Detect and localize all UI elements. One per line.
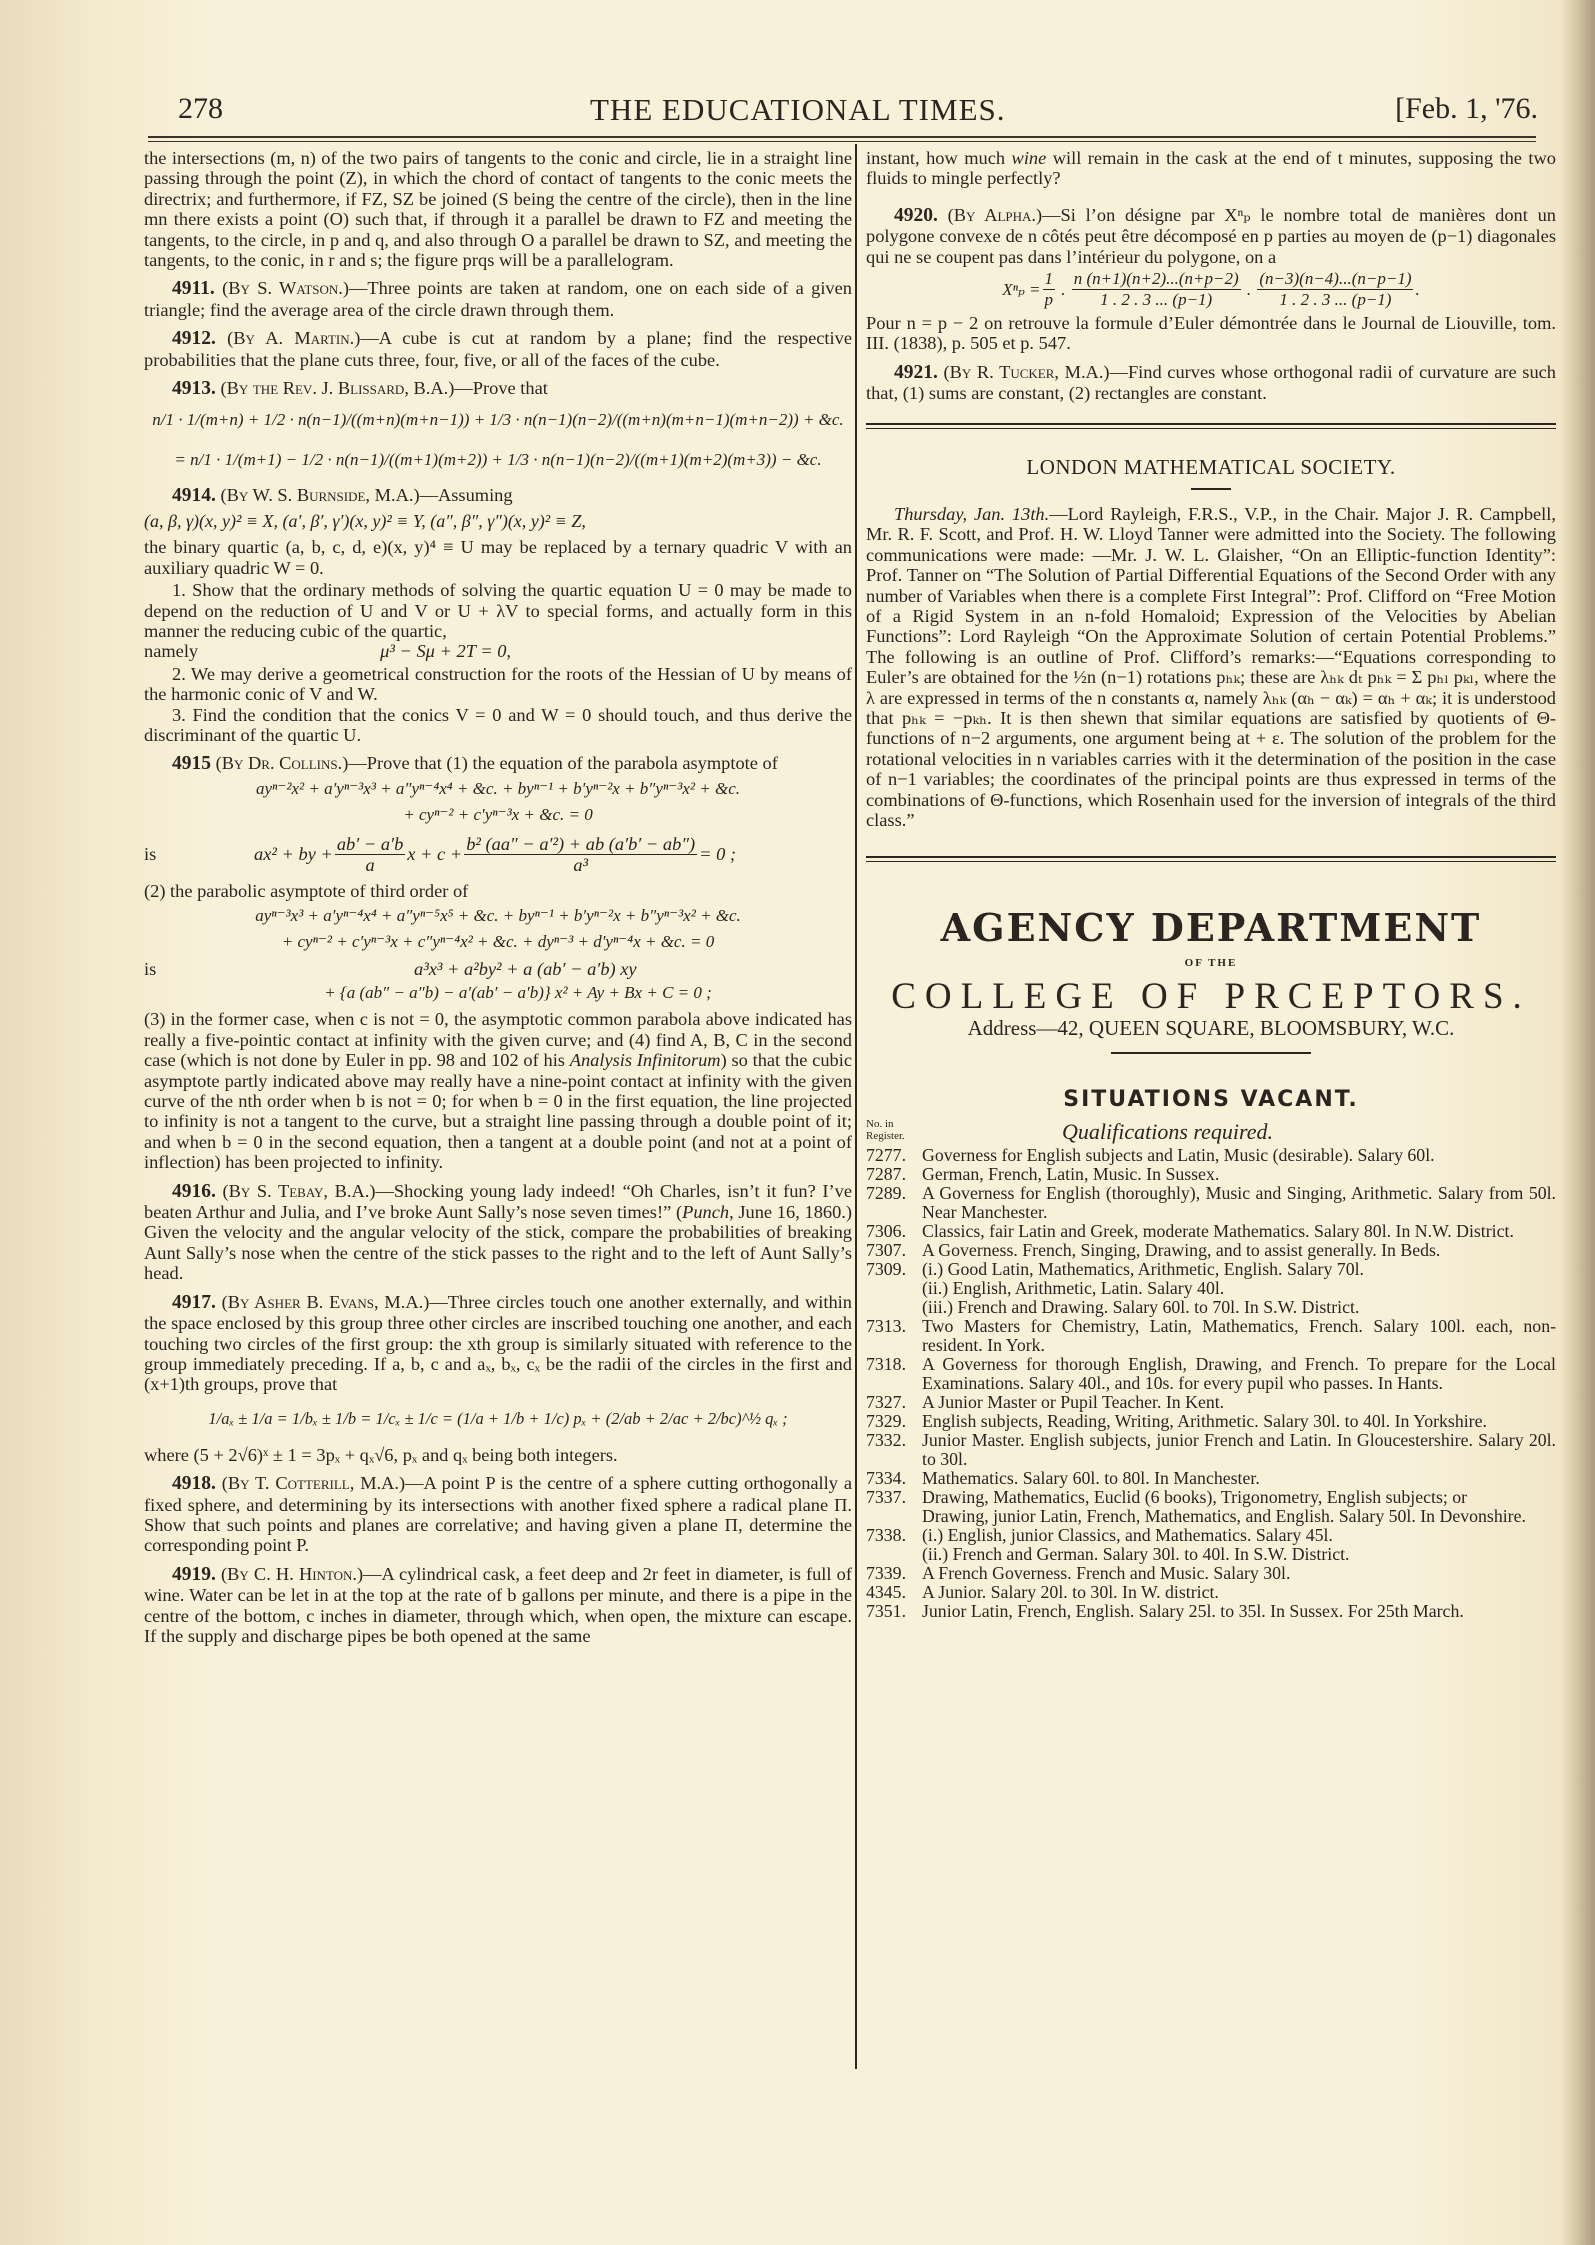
situation-entry: 7339.A French Governess. French and Musi… (866, 1564, 1556, 1583)
problem-author: (By A. Martin.) (227, 328, 360, 348)
situation-entry: 7306.Classics, fair Latin and Greek, mod… (866, 1222, 1556, 1241)
is-label: is (144, 959, 254, 979)
problem-number: 4919. (172, 1564, 216, 1585)
problem-author: (By Alpha.) (948, 205, 1042, 225)
qualifications-text: German, French, Latin, Music. In Sussex. (922, 1165, 1556, 1184)
equation-4913-line2: = n/1 · 1/(m+1) − 1/2 · n(n−1)/((m+1)(m+… (144, 443, 852, 477)
situation-entry: 7307.A Governess. French, Singing, Drawi… (866, 1241, 1556, 1260)
problem-4916: 4916. (By S. Tebay, B.A.)—Shocking young… (144, 1181, 852, 1284)
situation-entry: 7313.Two Masters for Chemistry, Latin, M… (866, 1317, 1556, 1355)
problem-4917: 4917. (By Asher B. Evans, M.A.)—Three ci… (144, 1292, 852, 1395)
register-number: 7337. (866, 1488, 922, 1526)
qualifications-text: (i.) English, junior Classics, and Mathe… (922, 1526, 1556, 1564)
qualification-line: Junior Latin, French, English. Salary 25… (922, 1602, 1556, 1621)
equation-4917-where: where (5 + 2√6)ˣ ± 1 = 3pₓ + qₓ√6, pₓ an… (144, 1445, 852, 1465)
qualification-line: (ii.) French and German. Salary 30l. to … (922, 1545, 1556, 1564)
register-number: 7327. (866, 1393, 922, 1412)
lms-title: LONDON MATHEMATICAL SOCIETY. (866, 457, 1556, 477)
register-number: 7306. (866, 1222, 922, 1241)
problem-author: (By Asher B. Evans, M.A.) (222, 1292, 430, 1312)
eq-lhs: Xⁿₚ = (1002, 280, 1040, 300)
publication-title: Punch (682, 1202, 729, 1222)
agency-address: Address—42, QUEEN SQUARE, BLOOMSBURY, W.… (866, 1018, 1556, 1038)
problem-author: (By S. Watson.) (222, 278, 349, 298)
problem-4914-item3: 3. Find the condition that the conics V … (144, 705, 852, 746)
problem-text: —Prove that (454, 378, 547, 398)
equation-4915-3a: ayⁿ⁻³x³ + a′yⁿ⁻⁴x⁴ + a″yⁿ⁻⁵x⁵ + &c. + by… (144, 906, 852, 926)
equation-4915-2-row: is ax² + by + ab′ − a′ba x + c + b² (aa″… (144, 832, 852, 878)
problem-4913: 4913. (By the Rev. J. Blissard, B.A.)—Pr… (144, 378, 852, 399)
newspaper-page: 278 THE EDUCATIONAL TIMES. [Feb. 1, '76.… (0, 0, 1595, 2245)
section-double-rule (866, 856, 1556, 862)
page-number: 278 (178, 92, 223, 126)
qualification-line: A Junior Master or Pupil Teacher. In Ken… (922, 1393, 1556, 1412)
problem-author: (By Dr. Collins.) (216, 753, 349, 773)
situation-entry: 7329.English subjects, Reading, Writing,… (866, 1412, 1556, 1431)
qualifications-text: Two Masters for Chemistry, Latin, Mathem… (922, 1317, 1556, 1355)
fraction-numerator: 1 (1043, 269, 1056, 290)
fraction-denominator: 1 . 2 . 3 ... (p−1) (1257, 290, 1413, 310)
register-number: 7318. (866, 1355, 922, 1393)
fraction: ab′ − a′ba (335, 834, 405, 876)
book-title: Analysis Infinitorum (570, 1050, 721, 1070)
equation-4915-2: ax² + by + ab′ − a′ba x + c + b² (aa″ − … (254, 834, 736, 876)
situation-entry: 7309.(i.) Good Latin, Mathematics, Arith… (866, 1260, 1556, 1317)
problem-4920-after: Pour n = p − 2 on retrouve la formule d’… (866, 313, 1556, 354)
short-rule (1111, 1052, 1311, 1054)
is-label: is (144, 844, 254, 864)
qualification-line: Junior Master. English subjects, junior … (922, 1431, 1556, 1469)
emphasis-text: wine (1012, 148, 1047, 168)
college-title: COLLEGE OF PRCEPTORS. (866, 987, 1556, 1007)
masthead-title: THE EDUCATIONAL TIMES. (590, 92, 1006, 128)
eq-term: = 0 ; (699, 844, 736, 864)
problem-4914-item1: 1. Show that the ordinary methods of sol… (144, 580, 852, 641)
register-number: 7351. (866, 1602, 922, 1621)
qualification-line: Classics, fair Latin and Greek, moderate… (922, 1222, 1556, 1241)
problem-number: 4913. (172, 378, 216, 399)
qualification-line: Drawing, junior Latin, French, Mathemati… (922, 1507, 1556, 1526)
register-number: 4345. (866, 1583, 922, 1602)
situation-entry: 7351.Junior Latin, French, English. Sala… (866, 1602, 1556, 1621)
situation-entry: 7332.Junior Master. English subjects, ju… (866, 1431, 1556, 1469)
agency-department-title: AGENCY DEPARTMENT (866, 918, 1556, 938)
equation-4915-1a: ayⁿ⁻²x² + a′yⁿ⁻³x³ + a″yⁿ⁻⁴x⁴ + &c. + by… (144, 779, 852, 799)
problem-number: 4914. (172, 485, 216, 506)
problem-author: (By T. Cotterill, M.A.) (222, 1473, 405, 1493)
meeting-report-text: —Lord Rayleigh, F.R.S., V.P., in the Cha… (866, 504, 1556, 830)
fraction-numerator: b² (aa″ − a′²) + ab (a′b′ − ab″) (464, 834, 697, 855)
problem-author: (By S. Tebay, B.A.) (223, 1181, 376, 1201)
situation-entry: 7318.A Governess for thorough English, D… (866, 1355, 1556, 1393)
problem-4912: 4912. (By A. Martin.)—A cube is cut at r… (144, 328, 852, 370)
register-number: 7338. (866, 1526, 922, 1564)
problem-4915-part3: (3) in the former case, when c is not = … (144, 1009, 852, 1172)
situation-entry: 7338.(i.) English, junior Classics, and … (866, 1526, 1556, 1564)
left-column: the intersections (m, n) of the two pair… (144, 148, 852, 1654)
short-rule (1191, 488, 1231, 490)
page-header: 278 THE EDUCATIONAL TIMES. [Feb. 1, '76. (178, 88, 1538, 138)
of-the-label: OF THE (866, 953, 1556, 973)
fraction-denominator: a (335, 855, 405, 875)
equation-4917: 1/aₓ ± 1/a = 1/bₓ ± 1/b = 1/cₓ ± 1/c = (… (144, 1399, 852, 1439)
register-column-label: No. in Register. (866, 1118, 926, 1142)
problem-number: 4920. (894, 205, 938, 226)
equation-4913-line1: n/1 · 1/(m+n) + 1/2 · n(n−1)/((m+n)(m+n−… (144, 403, 852, 437)
continuation-paragraph: the intersections (m, n) of the two pair… (144, 148, 852, 270)
dot: . (1243, 280, 1256, 300)
register-number: 7289. (866, 1184, 922, 1222)
problem-author: (By R. Tucker, M.A.) (944, 362, 1110, 382)
equation-4915-4b: + {a (ab″ − a″b) − a′(ab′ − a′b)} x² + A… (144, 983, 852, 1003)
meeting-date: Thursday, Jan. 13th. (894, 504, 1049, 524)
problem-4915: 4915 (By Dr. Collins.)—Prove that (1) th… (144, 753, 852, 774)
equation-4915-3b: + cyⁿ⁻² + c′yⁿ⁻³x + c″yⁿ⁻⁴x² + &c. + dyⁿ… (144, 932, 852, 952)
register-number: 7334. (866, 1469, 922, 1488)
header-rule (148, 136, 1536, 142)
qualifications-text: English subjects, Reading, Writing, Arit… (922, 1412, 1556, 1431)
qualification-line: English subjects, Reading, Writing, Arit… (922, 1412, 1556, 1431)
issue-date: [Feb. 1, '76. (1395, 92, 1538, 126)
register-number: 7287. (866, 1165, 922, 1184)
namely-label: namely (144, 641, 198, 661)
qualification-line: Two Masters for Chemistry, Latin, Mathem… (922, 1317, 1556, 1355)
dot: . (1415, 280, 1419, 300)
fraction-denominator: 1 . 2 . 3 ... (p−1) (1072, 290, 1241, 310)
fraction: 1p (1043, 269, 1056, 311)
continuation-text: instant, how much (866, 148, 1012, 168)
problem-number: 4917. (172, 1292, 216, 1313)
section-double-rule (866, 423, 1556, 429)
situation-entry: 7334.Mathematics. Salary 60l. to 80l. In… (866, 1469, 1556, 1488)
qualification-line: Governess for English subjects and Latin… (922, 1146, 1556, 1165)
problem-4914-namely-row: namely μ³ − Sμ + 2T = 0, (144, 641, 852, 661)
qualification-line: A Governess for English (thoroughly), Mu… (922, 1184, 1556, 1222)
fraction: (n−3)(n−4)...(n−p−1)1 . 2 . 3 ... (p−1) (1257, 269, 1413, 311)
problem-number: 4911. (172, 278, 215, 299)
qualification-line: (iii.) French and Drawing. Salary 60l. t… (922, 1298, 1556, 1317)
qualifications-text: A Junior Master or Pupil Teacher. In Ken… (922, 1393, 1556, 1412)
situation-entry: 4345.A Junior. Salary 20l. to 30l. In W.… (866, 1583, 1556, 1602)
problem-4914-body: the binary quartic (a, b, c, d, e)(x, y)… (144, 537, 852, 578)
qualification-line: A Governess. French, Singing, Drawing, a… (922, 1241, 1556, 1260)
qualifications-text: A French Governess. French and Music. Sa… (922, 1564, 1556, 1583)
fraction-denominator: p (1043, 290, 1056, 310)
qualifications-text: Mathematics. Salary 60l. to 80l. In Manc… (922, 1469, 1556, 1488)
qualifications-text: Classics, fair Latin and Greek, moderate… (922, 1222, 1556, 1241)
qualifications-text: Junior Latin, French, English. Salary 25… (922, 1602, 1556, 1621)
qualifications-text: A Junior. Salary 20l. to 30l. In W. dist… (922, 1583, 1556, 1602)
qualification-line: Mathematics. Salary 60l. to 80l. In Manc… (922, 1469, 1556, 1488)
equation-4915-4-row: is a³x³ + a²by² + a (ab′ − a′b) xy (144, 959, 852, 979)
situation-entry: 7289.A Governess for English (thoroughly… (866, 1184, 1556, 1222)
problem-author: (By W. S. Burnside, M.A.) (220, 485, 419, 505)
qualification-line: A French Governess. French and Music. Sa… (922, 1564, 1556, 1583)
equation-4914-assumption: (a, β, γ)(x, y)² ≡ X, (a′, β′, γ′)(x, y)… (144, 511, 852, 531)
register-number: 7313. (866, 1317, 922, 1355)
problem-4920: 4920. (By Alpha.)—Si l’on désigne par Xⁿ… (866, 205, 1556, 267)
problem-4911: 4911. (By S. Watson.)—Three points are t… (144, 278, 852, 320)
qualifications-text: (i.) Good Latin, Mathematics, Arithmetic… (922, 1260, 1556, 1317)
qualifications-text: A Governess for English (thoroughly), Mu… (922, 1184, 1556, 1222)
qualifications-text: A Governess for thorough English, Drawin… (922, 1355, 1556, 1393)
problem-number: 4915 (172, 753, 211, 774)
situation-entry: 7327.A Junior Master or Pupil Teacher. I… (866, 1393, 1556, 1412)
dot: . (1057, 280, 1070, 300)
problem-author: (By C. H. Hinton.) (221, 1564, 363, 1584)
problem-author: (By the Rev. J. Blissard, B.A.) (220, 378, 454, 398)
qualification-line: (ii.) English, Arithmetic, Latin. Salary… (922, 1279, 1556, 1298)
fraction-numerator: ab′ − a′b (335, 834, 405, 855)
problem-4918: 4918. (By T. Cotterill, M.A.)—A point P … (144, 1473, 852, 1556)
qualification-line: A Junior. Salary 20l. to 30l. In W. dist… (922, 1583, 1556, 1602)
lms-report: Thursday, Jan. 13th.—Lord Rayleigh, F.R.… (866, 504, 1556, 831)
qualifications-column-label: Qualifications required. (1062, 1122, 1273, 1142)
column-divider (855, 144, 857, 2069)
situations-vacant-title: SITUATIONS VACANT. (866, 1090, 1556, 1110)
problem-4914-item2: 2. We may derive a geometrical construct… (144, 664, 852, 705)
equation-4920: Xⁿₚ = 1p . n (n+1)(n+2)...(n+p−2)1 . 2 .… (866, 269, 1556, 311)
register-number: 7307. (866, 1241, 922, 1260)
fraction-numerator: n (n+1)(n+2)...(n+p−2) (1072, 269, 1241, 290)
qualifications-text: Junior Master. English subjects, junior … (922, 1431, 1556, 1469)
register-number: 7309. (866, 1260, 922, 1317)
register-label-line1: No. in (866, 1118, 926, 1130)
qualification-line: A Governess for thorough English, Drawin… (922, 1355, 1556, 1393)
problem-number: 4921. (894, 362, 938, 383)
problem-4921: 4921. (By R. Tucker, M.A.)—Find curves w… (866, 362, 1556, 404)
equation-4915-1b: + cyⁿ⁻² + c′yⁿ⁻³x + &c. = 0 (144, 805, 852, 825)
problem-text: —Assuming (420, 485, 513, 505)
reducing-cubic-equation: μ³ − Sμ + 2T = 0, (380, 641, 511, 661)
qualification-line: Drawing, Mathematics, Euclid (6 books), … (922, 1488, 1556, 1507)
fraction-denominator: a³ (464, 855, 697, 875)
qualification-line: (i.) Good Latin, Mathematics, Arithmetic… (922, 1260, 1556, 1279)
situation-entry: 7287.German, French, Latin, Music. In Su… (866, 1165, 1556, 1184)
eq-term: ax² + by + (254, 844, 333, 864)
right-column: instant, how much wine will remain in th… (866, 148, 1556, 1621)
equation-4915-4a: a³x³ + a²by² + a (ab′ − a′b) xy (414, 959, 637, 979)
problem-number: 4912. (172, 328, 216, 349)
situations-list: 7277.Governess for English subjects and … (866, 1146, 1556, 1621)
eq-term: x + c + (407, 844, 462, 864)
problem-4919: 4919. (By C. H. Hinton.)—A cylindrical c… (144, 1564, 852, 1647)
fraction: b² (aa″ − a′²) + ab (a′b′ − ab″)a³ (464, 834, 697, 876)
problem-number: 4918. (172, 1473, 216, 1494)
register-label-line2: Register. (866, 1130, 926, 1142)
problem-number: 4916. (172, 1181, 216, 1202)
situation-entry: 7337.Drawing, Mathematics, Euclid (6 boo… (866, 1488, 1556, 1526)
register-number: 7329. (866, 1412, 922, 1431)
qualification-line: (i.) English, junior Classics, and Mathe… (922, 1526, 1556, 1545)
register-number: 7277. (866, 1146, 922, 1165)
qualifications-text: Governess for English subjects and Latin… (922, 1146, 1556, 1165)
qualification-line: German, French, Latin, Music. In Sussex. (922, 1165, 1556, 1184)
situations-header: No. in Register. Qualifications required… (866, 1118, 1556, 1142)
qualifications-text: Drawing, Mathematics, Euclid (6 books), … (922, 1488, 1556, 1526)
register-number: 7332. (866, 1431, 922, 1469)
continuation-paragraph: instant, how much wine will remain in th… (866, 148, 1556, 189)
problem-4915-part2: (2) the parabolic asymptote of third ord… (144, 881, 852, 901)
situation-entry: 7277.Governess for English subjects and … (866, 1146, 1556, 1165)
register-number: 7339. (866, 1564, 922, 1583)
fraction-numerator: (n−3)(n−4)...(n−p−1) (1257, 269, 1413, 290)
problem-4914: 4914. (By W. S. Burnside, M.A.)—Assuming (144, 485, 852, 506)
fraction: n (n+1)(n+2)...(n+p−2)1 . 2 . 3 ... (p−1… (1072, 269, 1241, 311)
qualifications-text: A Governess. French, Singing, Drawing, a… (922, 1241, 1556, 1260)
problem-text: —Prove that (1) the equation of the para… (348, 753, 778, 773)
